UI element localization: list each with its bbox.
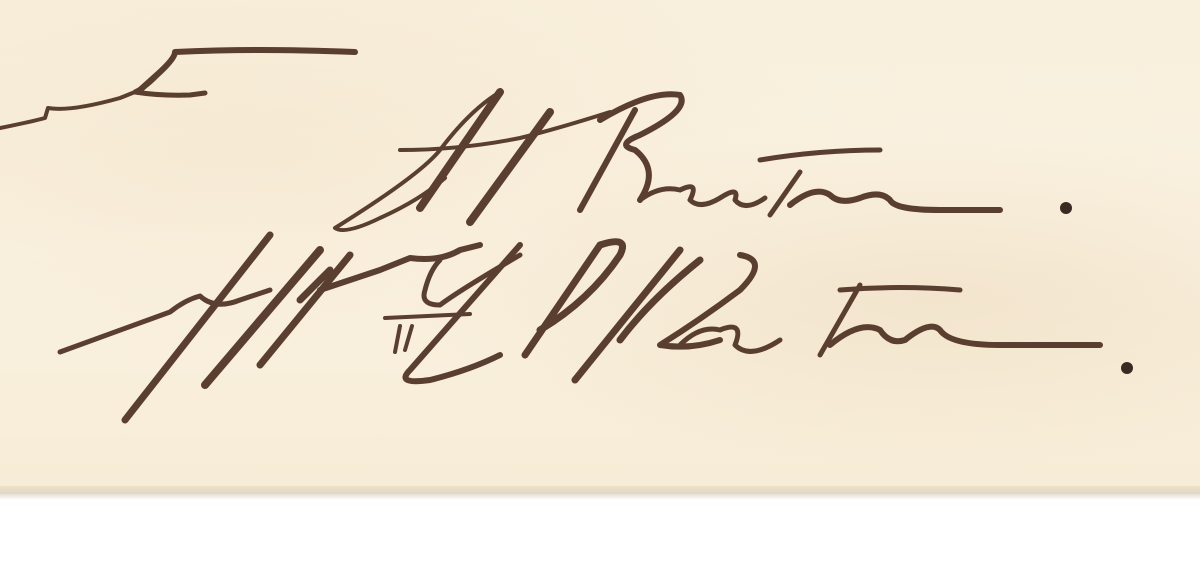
torn-paper-edge [0,486,1200,500]
signature-h-rector [335,92,1000,230]
signature-wm-h-rector [60,235,1100,420]
period-dot [1060,202,1072,214]
handwriting [0,0,1200,494]
leading-flourish [0,50,355,128]
period-dot [1121,362,1133,374]
paper-sheet: H Rector. by Wm H Rector. [0,0,1200,494]
